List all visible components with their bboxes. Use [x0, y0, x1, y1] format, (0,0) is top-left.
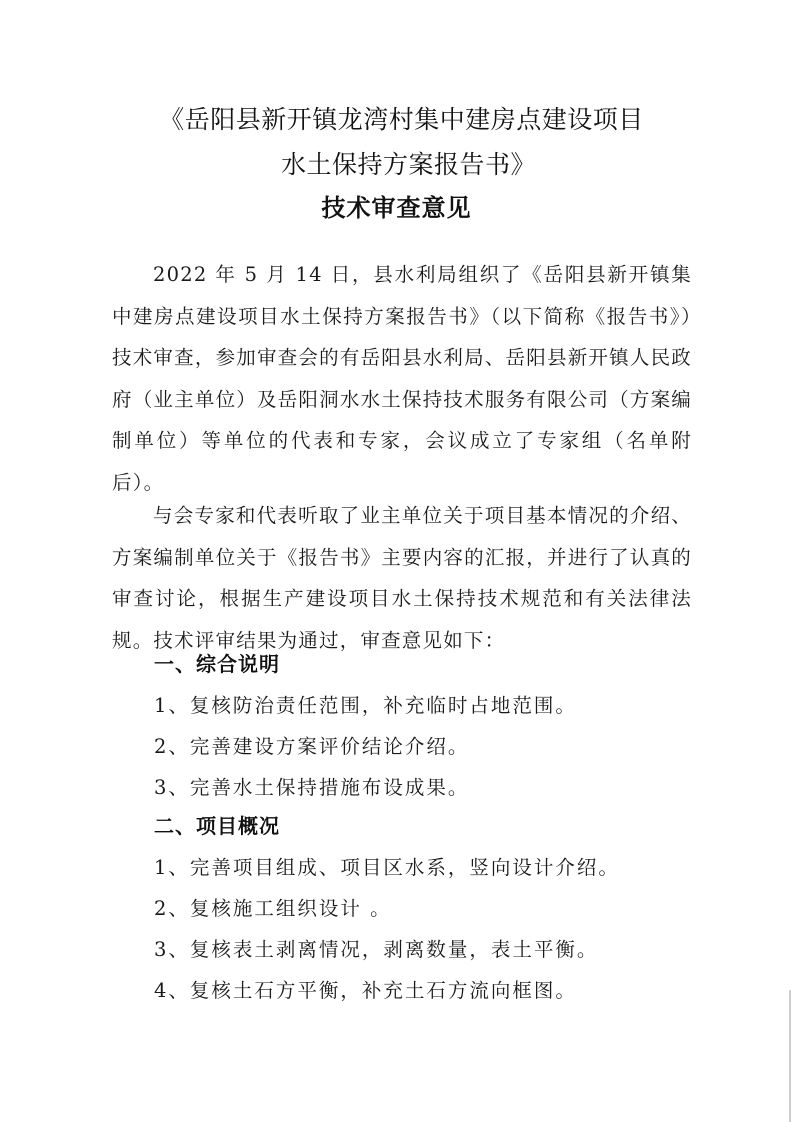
- scan-edge: [789, 990, 791, 1122]
- document-title-line-1: 《岳阳县新开镇龙湾村集中建房点建设项目: [5, 100, 793, 136]
- paragraph-text: 与会专家和代表听取了业主单位关于项目基本情况的介绍、方案编制单位关于《报告书》主…: [112, 495, 692, 661]
- list-item: 3、复核表土剥离情况，剥离数量，表土平衡。: [154, 934, 598, 962]
- document-subtitle: 技术审查意见: [0, 188, 793, 223]
- list-item: 1、完善项目组成、项目区水系，竖向设计介绍。: [154, 852, 620, 880]
- list-item: 4、复核土石方平衡，补充土石方流向框图。: [154, 975, 577, 1003]
- review-paragraph: 与会专家和代表听取了业主单位关于项目基本情况的介绍、方案编制单位关于《报告书》主…: [112, 495, 692, 661]
- list-item: 3、完善水土保持措施布设成果。: [154, 772, 469, 800]
- intro-paragraph: 2022 年 5 月 14 日，县水利局组织了《岳阳县新开镇集中建房点建设项目水…: [112, 254, 692, 503]
- document-title-line-2: 水土保持方案报告书》: [12, 145, 793, 181]
- document-page: 《岳阳县新开镇龙湾村集中建房点建设项目 水土保持方案报告书》 技术审查意见 20…: [0, 0, 793, 1122]
- list-item: 2、复核施工组织设计 。: [154, 893, 392, 921]
- paragraph-text: 2022 年 5 月 14 日，县水利局组织了《岳阳县新开镇集中建房点建设项目水…: [112, 254, 692, 503]
- list-item: 1、复核防治责任范围，补充临时占地范围。: [154, 690, 577, 718]
- section-heading-project-summary: 二、项目概况: [154, 810, 280, 839]
- list-item: 2、完善建设方案评价结论介绍。: [154, 731, 469, 759]
- section-heading-overview: 一、综合说明: [154, 648, 280, 677]
